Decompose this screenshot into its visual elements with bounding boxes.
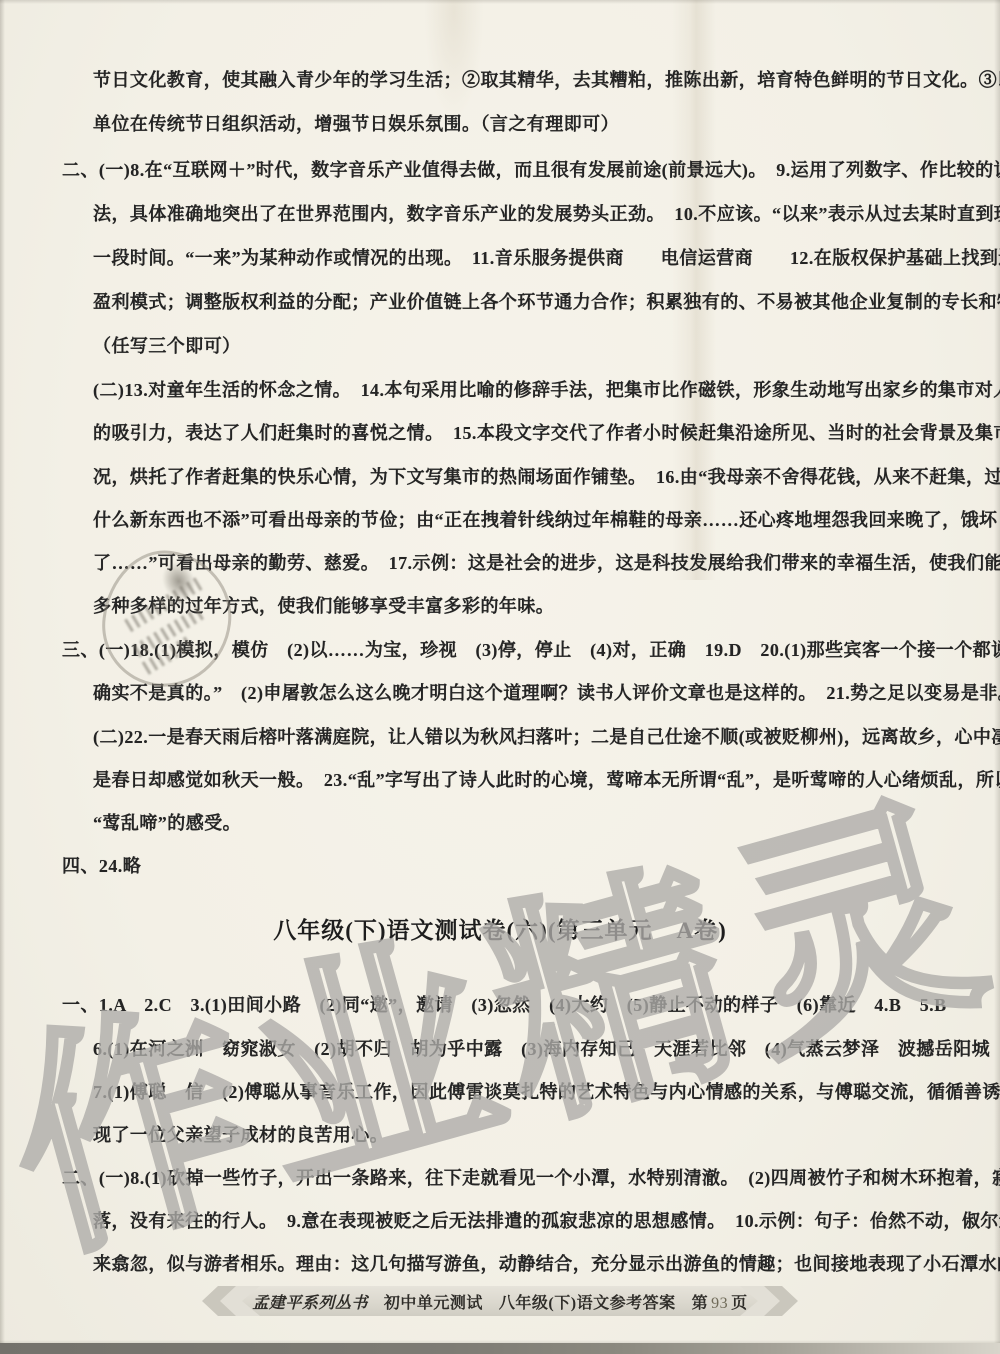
answer-line: 的吸引力，表达了人们赶集时的喜悦之情。 15.本段文字交代了作者小时候赶集沿途所… (93, 419, 1000, 445)
answer-line: 是春日却感觉如秋天一般。 23.“乱”字写出了诗人此时的心境，莺啼本无所谓“乱”… (93, 766, 1000, 792)
paper-smudge (424, 0, 484, 120)
footer-text: 孟建平系列丛书初中单元测试八年级(下)语文参考答案第93页 (252, 1290, 747, 1313)
footer-series-name: 孟建平系列丛书 (252, 1295, 368, 1312)
answer-line: 什么新东西也不添”可看出母亲的节俭；由“正在拽着针线纳过年棉鞋的母亲……还心疼地… (93, 506, 998, 532)
answer-line: 6.(1)在河之洲 窈窕淑女 (2)胡不归 胡为乎中露 (3)海内存知己 天涯若… (93, 1035, 990, 1061)
answer-line: 二、(一)8.在“互联网＋”时代，数字音乐产业值得去做，而且很有发展前途(前景远… (62, 156, 1000, 182)
answer-line: 了……”可看出母亲的勤劳、慈爱。 17.示例：这是社会的进步，这是科技发展给我们… (93, 549, 1000, 575)
footer-page-prefix: 第 (692, 1295, 709, 1312)
scanned-answer-page: 节日文化教育，使其融入青少年的学习生活；②取其精华，去其糟粕，推陈出新，培育特色… (0, 0, 1000, 1354)
answer-line: 来翕忽，似与游者相乐。理由：这几句描写游鱼，动静结合，充分显示出游鱼的情趣；也间… (93, 1250, 1000, 1276)
answer-line: 法，具体准确地突出了在世界范围内，数字音乐产业的发展势头正劲。 10.不应该。“… (93, 200, 1000, 226)
footer-ribbon: 孟建平系列丛书初中单元测试八年级(下)语文参考答案第93页 (240, 1286, 760, 1316)
answer-line: 现了一位父亲望子成材的良苦用心。 (93, 1121, 388, 1147)
watermark-text: 作业精灵 (0, 781, 1000, 1278)
footer-page-suffix: 页 (731, 1295, 748, 1312)
answer-line: (二)13.对童年生活的怀念之情。 14.本句采用比喻的修辞手法，把集市比作磁铁… (93, 376, 1000, 402)
answer-line: 一段时间。“一来”为某种动作或情况的出现。 11.音乐服务提供商 电信运营商 1… (93, 244, 1000, 270)
answer-line: 确实不是真的。” (2)申屠敦怎么这么晚才明白这个道理啊？读书人评价文章也是这样… (93, 679, 1000, 705)
answer-line: 四、24.略 (62, 852, 141, 878)
answer-line: 盈利模式；调整版权利益的分配；产业价值链上各个环节通力合作；积累独有的、不易被其… (93, 288, 1000, 314)
section-heading: 八年级(下)语文测试卷(六)(第三单元 A卷) (0, 912, 1000, 945)
answer-line: 一、1.A 2.C 3.(1)田间小路 (2)同“邀”，邀请 (3)忽然 (4)… (62, 991, 947, 1017)
footer-answer-title: 八年级(下)语文参考答案 (499, 1295, 676, 1312)
answer-line: (二)22.一是春天雨后榕叶落满庭院，让人错以为秋风扫落叶；二是自己仕途不顺(或… (93, 723, 1000, 749)
answer-line: 7.(1)傅聪 信 (2)傅聪从事音乐工作，因此傅雷谈莫扎特的艺术特色与内心情感… (93, 1078, 1000, 1104)
answer-line: 况，烘托了作者赶集的快乐心情，为下文写集市的热闹场面作铺垫。 16.由“我母亲不… (93, 463, 1000, 489)
footer-test-type: 初中单元测试 (384, 1295, 483, 1312)
answer-line: 落，没有来往的行人。 9.意在表现被贬之后无法排遣的孤寂悲凉的思想感情。 10.… (93, 1207, 1000, 1233)
page-edge-top (0, 0, 1000, 4)
answer-line: “莺乱啼”的感受。 (93, 809, 241, 835)
page-bottom-edge (0, 1343, 1000, 1354)
footer-page-number: 93 (708, 1295, 731, 1312)
answer-line: 节日文化教育，使其融入青少年的学习生活；②取其精华，去其糟粕，推陈出新，培育特色… (93, 66, 1000, 92)
page-edge-left (0, 0, 5, 1354)
answer-line: （任写三个即可） (93, 332, 241, 358)
answer-line: 单位在传统节日组织活动，增强节日娱乐氛围。（言之有理即可） (93, 110, 619, 136)
answer-line: 二、(一)8.(1)砍掉一些竹子，开出一条路来，往下走就看见一个小潭，水特别清澈… (62, 1164, 1000, 1190)
